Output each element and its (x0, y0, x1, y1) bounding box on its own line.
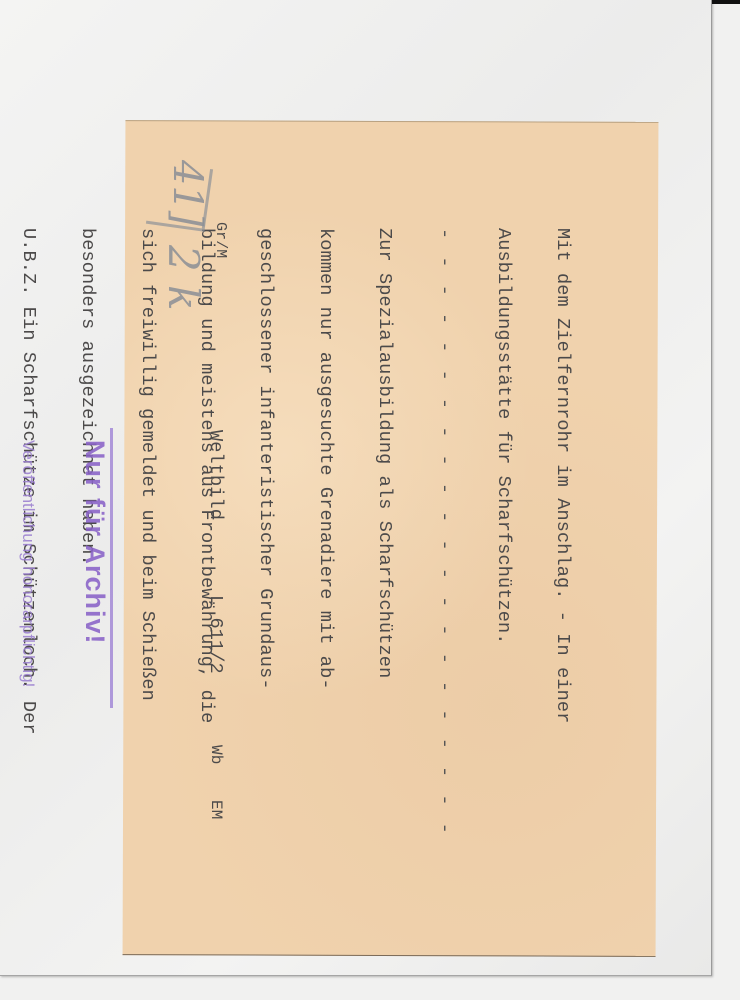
caption-line: Zur Spezialausbildung als Scharfschützen (374, 228, 394, 837)
scan-edge (712, 0, 740, 4)
stamp-line-fee: Veröffentlichung honorarpflichtig! (2, 440, 38, 790)
stamp-line-archive: Nur für Archiv! (74, 440, 110, 790)
caption-line: Ausbildungsstätte für Scharfschützen. (493, 228, 513, 837)
caption-line: geschlossener infanteristischer Grundaus… (256, 228, 276, 837)
caption-code-wb: Wb (205, 745, 225, 764)
archive-stamp: Nur für Archiv! Veröffentlichung honorar… (0, 440, 146, 790)
caption-line: Mit dem Zielfernrohr im Anschlag. - In e… (553, 228, 573, 837)
caption-agency: Weltbild (205, 430, 225, 520)
pencil-note-line2: 2 k (159, 245, 208, 311)
caption-code-em: EM (205, 800, 225, 819)
caption-initials: Gr/M (210, 222, 230, 258)
caption-divider: - - - - - - - - - - - - - - - - - - - - … (434, 228, 454, 837)
caption-line: kommen nur ausgesuchte Grenadiere mit ab… (315, 228, 335, 837)
pencil-note-line1: 41] (164, 160, 210, 227)
caption-reference: L 611/2 (205, 595, 225, 674)
